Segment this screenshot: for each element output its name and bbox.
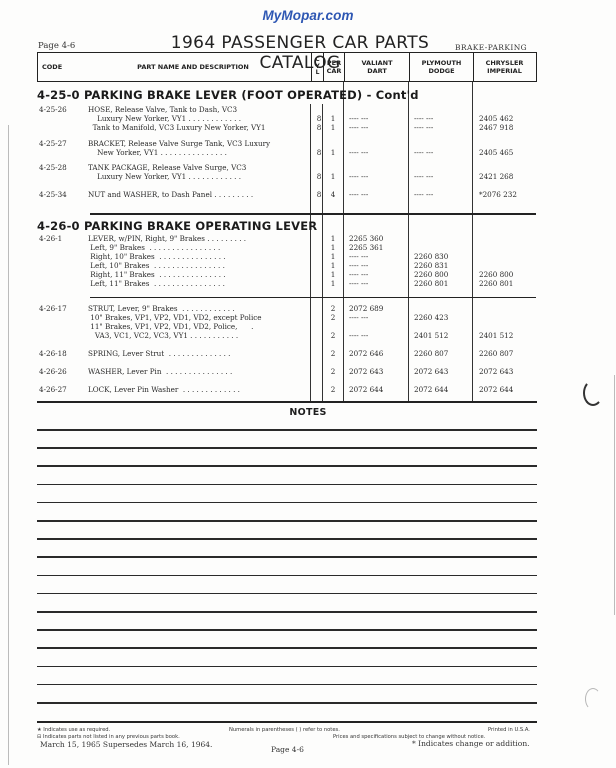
footer-page-number: Page 4-6	[271, 745, 304, 754]
part-description: NUT and WASHER, to Dash Panel . . . . . …	[88, 191, 308, 199]
plymouth-dodge-part-number: ---- ---	[414, 191, 474, 199]
footer-date: March 15, 1965 Supersedes March 16, 1964…	[40, 740, 212, 749]
valiant-dart-part-number: ---- ---	[349, 124, 409, 132]
valiant-dart-part-number: ---- ---	[349, 314, 409, 322]
per-car-value: 4	[324, 191, 342, 199]
part-description: Tank to Manifold, VC3 Luxury New Yorker,…	[88, 124, 308, 132]
notes-ruled-line	[37, 429, 537, 431]
part-description: LOCK, Lever Pin Washer . . . . . . . . .…	[88, 386, 308, 394]
col-chrysler-imperial: CHRYSLER IMPERIAL	[473, 53, 535, 81]
notes-ruled-line	[37, 647, 537, 649]
per-car-value: 2	[324, 386, 342, 394]
footer-legend-star: ★ Indicates use as required.	[37, 727, 110, 733]
per-car-value: 2	[324, 350, 342, 358]
plymouth-dodge-part-number: 2260 801	[414, 280, 474, 288]
chrysler-imperial-part-number: *2076 232	[479, 191, 539, 199]
notes-ruled-line	[37, 520, 537, 522]
valiant-dart-part-number: 2072 646	[349, 350, 409, 358]
cyl-value: 8	[315, 173, 323, 181]
notes-ruled-line	[37, 484, 537, 486]
per-car-value: 2	[324, 368, 342, 376]
part-code: 4-25-27	[39, 140, 67, 148]
per-car-value: 1	[324, 124, 342, 132]
chrysler-imperial-part-number: 2260 807	[479, 350, 539, 358]
cyl-value: 8	[315, 124, 323, 132]
notes-ruled-line	[37, 684, 537, 686]
plymouth-dodge-part-number: 2260 807	[414, 350, 474, 358]
row-divider	[90, 297, 536, 298]
col-cyl: CYL	[311, 53, 323, 81]
notes-ruled-line	[37, 666, 537, 668]
left-page-edge	[8, 125, 9, 765]
section-tag: BRAKE-PARKING	[455, 43, 527, 52]
part-description: VA3, VC1, VC2, VC3, VY1 . . . . . . . . …	[88, 332, 308, 340]
notes-ruled-line	[37, 575, 537, 577]
grid-line-cyl	[310, 104, 311, 402]
plymouth-dodge-part-number: ---- ---	[414, 124, 474, 132]
notes-ruled-line	[37, 447, 537, 449]
plymouth-dodge-part-number: 2401 512	[414, 332, 474, 340]
valiant-dart-part-number: 2072 643	[349, 368, 409, 376]
notes-ruled-line	[37, 702, 537, 704]
chrysler-imperial-part-number: 2072 643	[479, 368, 539, 376]
part-code: 4-25-28	[39, 164, 67, 172]
per-car-value: 1	[324, 173, 342, 181]
valiant-dart-part-number: ---- ---	[349, 173, 409, 181]
notes-title: NOTES	[0, 407, 616, 418]
part-code: 4-25-34	[39, 191, 67, 199]
part-description: Left, 11" Brakes . . . . . . . . . . . .…	[88, 280, 308, 288]
grid-line-val	[343, 82, 344, 402]
watermark-logo: MyMopar.com	[0, 8, 616, 23]
per-car-value: 2	[324, 332, 342, 340]
part-description: WASHER, Lever Pin . . . . . . . . . . . …	[88, 368, 308, 376]
col-code: CODE	[42, 53, 72, 81]
col-per-car: PER CAR	[323, 53, 344, 81]
col-plymouth-dodge: PLYMOUTH DODGE	[409, 53, 473, 81]
footer-printed: Printed in U.S.A.	[488, 727, 530, 733]
part-description: New Yorker, VY1 . . . . . . . . . . . . …	[88, 149, 308, 157]
notes-ruled-line	[37, 465, 537, 467]
valiant-dart-part-number: ---- ---	[349, 332, 409, 340]
plymouth-dodge-part-number: ---- ---	[414, 173, 474, 181]
cyl-value: 8	[315, 149, 323, 157]
part-description: Luxury New Yorker, VY1 . . . . . . . . .…	[88, 173, 308, 181]
plymouth-dodge-part-number: ---- ---	[414, 149, 474, 157]
footer-change-note: * Indicates change or addition.	[412, 739, 530, 748]
page-label: Page 4-6	[38, 41, 75, 51]
part-code: 4-25-26	[39, 106, 67, 114]
notes-ruled-line	[37, 502, 537, 504]
plymouth-dodge-part-number: 2072 643	[414, 368, 474, 376]
part-code: 4-26-27	[39, 386, 67, 394]
part-code: 4-26-1	[39, 235, 62, 243]
column-header: CODE PART NAME AND DESCRIPTION CYL PER C…	[37, 52, 537, 82]
chrysler-imperial-part-number: 2421 268	[479, 173, 539, 181]
per-car-value: 1	[324, 149, 342, 157]
plymouth-dodge-part-number: 2072 644	[414, 386, 474, 394]
part-description: SPRING, Lever Strut . . . . . . . . . . …	[88, 350, 308, 358]
col-description: PART NAME AND DESCRIPTION	[98, 53, 288, 81]
table-bottom-rule	[37, 401, 537, 403]
valiant-dart-part-number: 2072 644	[349, 386, 409, 394]
notes-ruled-line	[37, 611, 537, 613]
part-code: 4-26-26	[39, 368, 67, 376]
per-car-value: 1	[324, 280, 342, 288]
plymouth-dodge-part-number: 2260 423	[414, 314, 474, 322]
footer-rule	[37, 721, 537, 723]
notes-ruled-line	[37, 538, 537, 540]
binder-hole-mark-bottom	[585, 688, 601, 710]
binder-hole-mark-top	[583, 380, 603, 406]
part-code: 4-26-17	[39, 305, 67, 313]
per-car-value: 2	[324, 314, 342, 322]
chrysler-imperial-part-number: 2072 644	[479, 386, 539, 394]
valiant-dart-part-number: ---- ---	[349, 191, 409, 199]
chrysler-imperial-part-number: 2260 801	[479, 280, 539, 288]
chrysler-imperial-part-number: 2405 465	[479, 149, 539, 157]
footer-numerals-note: Numerals in parentheses ( ) refer to not…	[229, 727, 340, 733]
col-valiant-dart: VALIANT DART	[344, 53, 409, 81]
chrysler-imperial-part-number: 2401 512	[479, 332, 539, 340]
notes-ruled-line	[37, 629, 537, 631]
section-title: 4-25-0 PARKING BRAKE LEVER (FOOT OPERATE…	[37, 88, 419, 102]
valiant-dart-part-number: ---- ---	[349, 280, 409, 288]
valiant-dart-part-number: ---- ---	[349, 149, 409, 157]
notes-ruled-line	[37, 556, 537, 558]
section-title: 4-26-0 PARKING BRAKE OPERATING LEVER	[37, 219, 317, 233]
notes-ruled-line	[37, 593, 537, 595]
section-divider	[90, 213, 536, 215]
part-code: 4-26-18	[39, 350, 67, 358]
chrysler-imperial-part-number: 2467 918	[479, 124, 539, 132]
cyl-value: 8	[315, 191, 323, 199]
